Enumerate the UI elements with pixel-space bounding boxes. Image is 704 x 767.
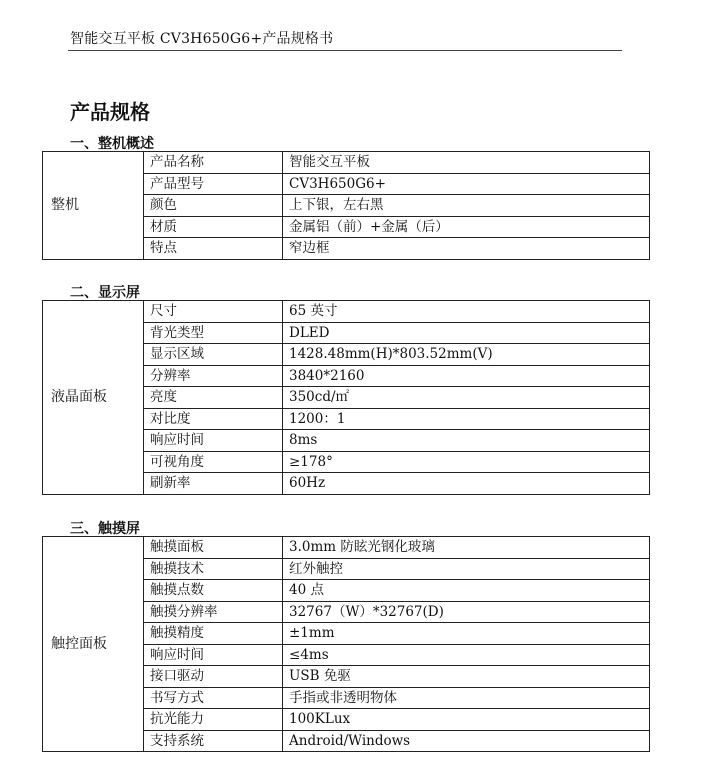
spec-label: 接口驱动 xyxy=(144,666,283,688)
spec-label: 响应时间 xyxy=(144,644,283,666)
spec-label: 可视角度 xyxy=(144,451,283,473)
spec-value: USB 免驱 xyxy=(283,666,650,688)
spec-label: 对比度 xyxy=(144,408,283,430)
spec-value: 红外触控 xyxy=(283,558,650,580)
spec-label: 产品型号 xyxy=(144,173,283,195)
spec-value: 窄边框 xyxy=(283,238,650,260)
spec-label: 触摸面板 xyxy=(144,537,283,559)
page-title: 产品规格 xyxy=(70,96,150,125)
spec-label: 触摸分辨率 xyxy=(144,601,283,623)
spec-label: 尺寸 xyxy=(144,301,283,323)
spec-value: 3.0mm 防眩光钢化玻璃 xyxy=(283,537,650,559)
spec-value: 3840*2160 xyxy=(283,365,650,387)
spec-label: 材质 xyxy=(144,216,283,238)
group-label: 触控面板 xyxy=(43,537,144,752)
spec-value: 350cd/㎡ xyxy=(283,387,650,409)
document-header: 智能交互平板 CV3H650G6+产品规格书 xyxy=(70,28,333,48)
section-title-overview: 一、整机概述 xyxy=(70,133,154,153)
group-label: 整机 xyxy=(43,152,144,260)
spec-value: 32767（W）*32767(D) xyxy=(283,601,650,623)
spec-label: 背光类型 xyxy=(144,322,283,344)
spec-value: 1428.48mm(H)*803.52mm(V) xyxy=(283,344,650,366)
spec-label: 亮度 xyxy=(144,387,283,409)
spec-value: 100KLux xyxy=(283,709,650,731)
group-label: 液晶面板 xyxy=(43,301,144,495)
spec-value: ≥178° xyxy=(283,451,650,473)
spec-value: 手指或非透明物体 xyxy=(283,687,650,709)
spec-label: 触摸点数 xyxy=(144,580,283,602)
spec-value: 65 英寸 xyxy=(283,301,650,323)
section-title-touch: 三、触摸屏 xyxy=(70,518,140,538)
spec-value: ±1mm xyxy=(283,623,650,645)
spec-label: 抗光能力 xyxy=(144,709,283,731)
spec-value: 60Hz xyxy=(283,473,650,495)
spec-value: ≤4ms xyxy=(283,644,650,666)
spec-label: 支持系统 xyxy=(144,730,283,752)
spec-value: 金属铝（前）+金属（后） xyxy=(283,216,650,238)
spec-value: DLED xyxy=(283,322,650,344)
spec-label: 特点 xyxy=(144,238,283,260)
spec-value: 上下银，左右黑 xyxy=(283,195,650,217)
spec-table-display: 液晶面板 尺寸 65 英寸 背光类型DLED 显示区域1428.48mm(H)*… xyxy=(42,300,650,495)
spec-label: 分辨率 xyxy=(144,365,283,387)
spec-table-overview: 整机 产品名称 智能交互平板 产品型号CV3H650G6+ 颜色上下银，左右黑 … xyxy=(42,151,650,260)
table-row: 液晶面板 尺寸 65 英寸 xyxy=(43,301,650,323)
spec-value: 1200：1 xyxy=(283,408,650,430)
spec-label: 产品名称 xyxy=(144,152,283,174)
spec-label: 响应时间 xyxy=(144,430,283,452)
spec-value: CV3H650G6+ xyxy=(283,173,650,195)
spec-label: 颜色 xyxy=(144,195,283,217)
spec-label: 书写方式 xyxy=(144,687,283,709)
spec-value: 8ms xyxy=(283,430,650,452)
spec-value: 智能交互平板 xyxy=(283,152,650,174)
spec-label: 显示区域 xyxy=(144,344,283,366)
table-row: 整机 产品名称 智能交互平板 xyxy=(43,152,650,174)
spec-value: 40 点 xyxy=(283,580,650,602)
header-divider xyxy=(68,50,622,51)
spec-label: 刷新率 xyxy=(144,473,283,495)
spec-table-touch: 触控面板 触摸面板 3.0mm 防眩光钢化玻璃 触摸技术红外触控 触摸点数40 … xyxy=(42,536,650,752)
section-title-display: 二、显示屏 xyxy=(70,282,140,302)
spec-label: 触摸技术 xyxy=(144,558,283,580)
table-row: 触控面板 触摸面板 3.0mm 防眩光钢化玻璃 xyxy=(43,537,650,559)
spec-label: 触摸精度 xyxy=(144,623,283,645)
spec-value: Android/Windows xyxy=(283,730,650,752)
